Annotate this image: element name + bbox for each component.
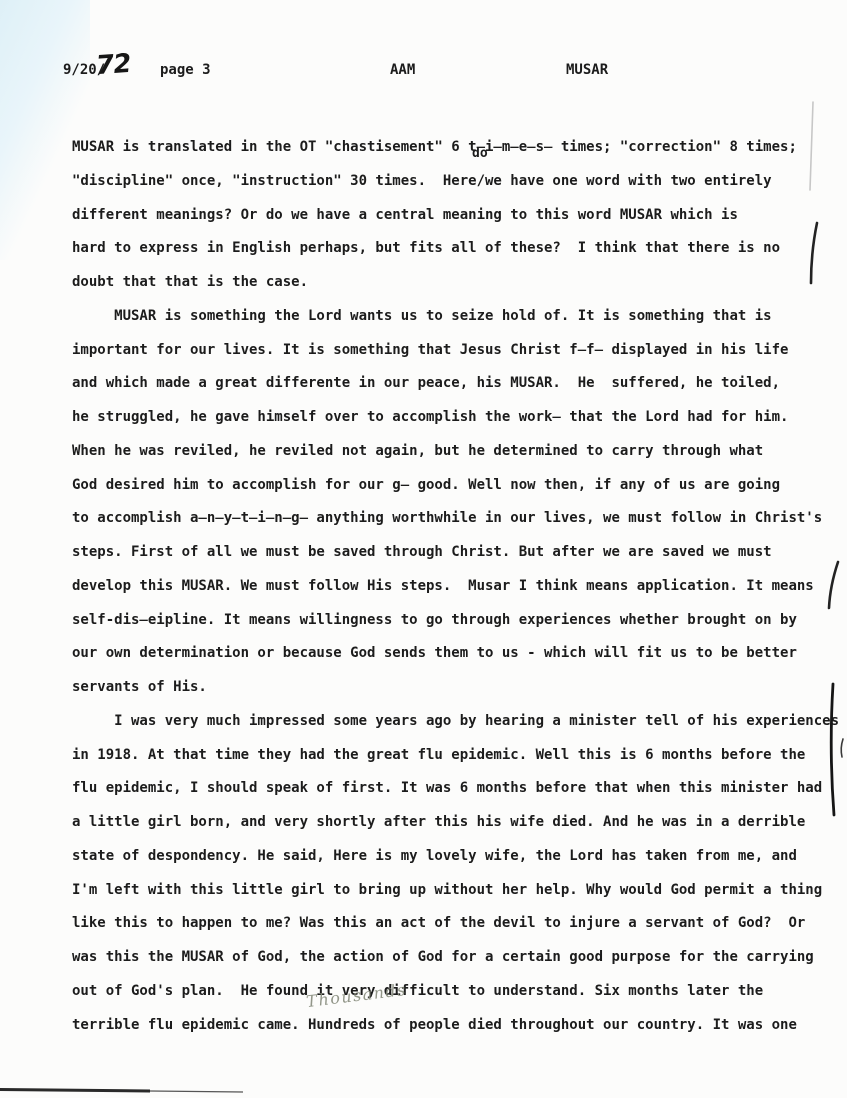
text-line: in 1918. At that time they had the great… — [72, 739, 847, 773]
text-line: to accomplish a̶n̶y̶t̶i̶n̶g̶ anything wo… — [72, 502, 847, 536]
text-line: state of despondency. He said, Here is m… — [72, 840, 847, 874]
scan-artifact-bottom-line-thin — [150, 1091, 243, 1092]
text-line: steps. First of all we must be saved thr… — [72, 536, 847, 570]
text-line: servants of His. — [72, 671, 847, 705]
scanned-document-page: 9/20/ 72 page 3 AAM MUSAR do MUSAR is tr… — [0, 0, 847, 1098]
text-line: he struggled, he gave himself over to ac… — [72, 401, 847, 435]
text-line: When he was reviled, he reviled not agai… — [72, 435, 847, 469]
text-line: I'm left with this little girl to bring … — [72, 874, 847, 908]
header-page-number: page 3 — [160, 62, 211, 78]
text-line: out of God's plan. He found it very diff… — [72, 975, 847, 1009]
text-line: flu epidemic, I should speak of first. I… — [72, 772, 847, 806]
header-date-year-handwritten: 72 — [95, 51, 132, 80]
text-line: I was very much impressed some years ago… — [72, 705, 847, 739]
scan-artifact-bottom-line-thick — [0, 1090, 150, 1092]
text-line: MUSAR is something the Lord wants us to … — [72, 300, 847, 334]
text-line: self-dis̶eipline. It means willingness t… — [72, 604, 847, 638]
header-document-title: MUSAR — [566, 62, 608, 78]
text-line: a little girl born, and very shortly aft… — [72, 806, 847, 840]
document-body: MUSAR is translated in the OT "chastisem… — [72, 131, 847, 1042]
text-line: was this the MUSAR of God, the action of… — [72, 941, 847, 975]
text-line: hard to express in English perhaps, but … — [72, 232, 847, 266]
text-line: different meanings? Or do we have a cent… — [72, 199, 847, 233]
text-line: and which made a great differente in our… — [72, 367, 847, 401]
header-initials: AAM — [390, 62, 415, 78]
text-line: terrible flu epidemic came. Hundreds of … — [72, 1009, 847, 1043]
text-line: doubt that that is the case. — [72, 266, 847, 300]
text-line: like this to happen to me? Was this an a… — [72, 907, 847, 941]
text-line: important for our lives. It is something… — [72, 334, 847, 368]
text-line: MUSAR is translated in the OT "chastisem… — [72, 131, 847, 165]
text-line: God desired him to accomplish for our g̶… — [72, 469, 847, 503]
text-line: develop this MUSAR. We must follow His s… — [72, 570, 847, 604]
scan-artifact-bottom-left — [0, 1088, 250, 1094]
text-line: our own determination or because God sen… — [72, 637, 847, 671]
text-line: "discipline" once, "instruction" 30 time… — [72, 165, 847, 199]
